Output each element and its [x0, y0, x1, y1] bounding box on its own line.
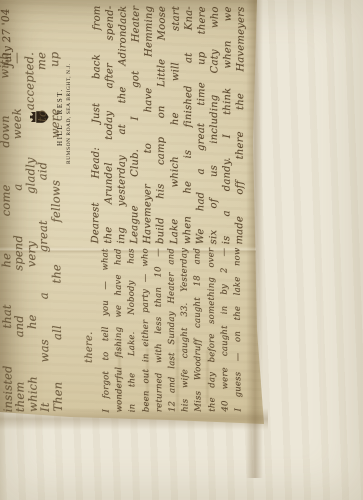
handwritten-line: when he is finished at Kna- [181, 6, 196, 244]
handwritten-line: 12 and last Sunday Heater and [165, 248, 179, 412]
closing-margin-text: insisted that he come down with them and… [0, 52, 64, 413]
handwritten-line: made off there the Havemeyers [233, 6, 248, 244]
letterhead-address: RUMSON ROAD, SEA BRIGHT, N.J. [66, 70, 72, 164]
page4-text: I forgot to tell you — what wonderful fi… [99, 247, 245, 412]
handwritten-line: the day before something over [205, 248, 219, 412]
handwritten-line: been out in either party — who [139, 248, 153, 412]
letter-scan: July 27 '04 HILL CREST. RUMSON ROAD, SEA… [0, 0, 363, 500]
letter-content: July 27 '04 HILL CREST. RUMSON ROAD, SEA… [0, 0, 256, 416]
handwritten-line: build his camp on Little Moose [155, 6, 170, 244]
handwritten-line: Miss Woodruff caught 18 and [192, 248, 206, 412]
handwritten-line: 40 were caught in by 2 — [218, 248, 232, 412]
handwritten-line: I guess — on the lake now [231, 247, 245, 411]
carryover-word: there. [84, 332, 95, 363]
handwritten-line: in the Lake. Nobody has [126, 248, 140, 412]
page1-text: Dearest Head: Just back from the Arundel… [89, 5, 248, 244]
handwritten-line: wonderful fishing we have had [113, 248, 127, 412]
handwritten-line: his wife caught 33. Yesterday [179, 248, 193, 412]
handwritten-line: Lake which he will start [168, 6, 183, 244]
handwritten-line: I forgot to tell you — what [99, 248, 113, 412]
handwritten-line: returned with less than 10 — [152, 248, 166, 412]
